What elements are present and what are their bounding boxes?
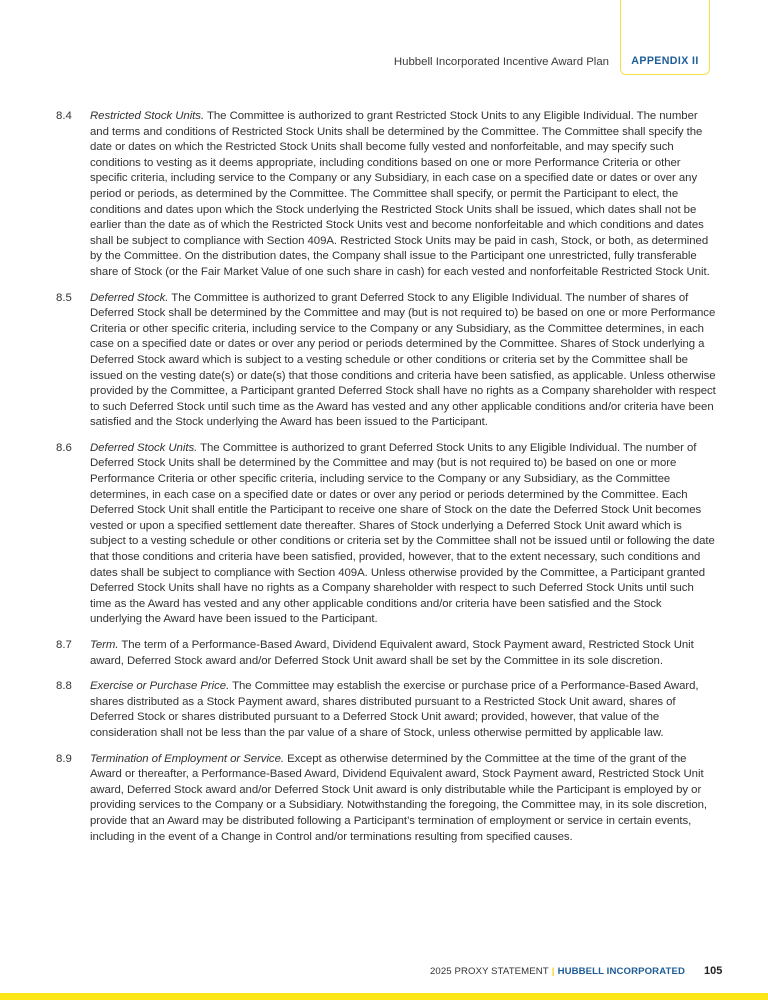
page-footer: 2025 PROXY STATEMENT|HUBBELL INCORPORATE… <box>0 962 768 982</box>
section-paragraph: Deferred Stock Units. The Committee is a… <box>90 441 716 628</box>
section-8-9: 8.9 Termination of Employment or Service… <box>56 752 716 846</box>
section-8-5: 8.5 Deferred Stock. The Committee is aut… <box>56 291 716 431</box>
section-title: Restricted Stock Units. <box>90 110 204 122</box>
section-paragraph: Term. The term of a Performance-Based Aw… <box>90 638 716 669</box>
section-number: 8.5 <box>56 291 90 431</box>
section-number: 8.6 <box>56 441 90 628</box>
section-title: Deferred Stock Units. <box>90 442 197 454</box>
page-number: 105 <box>704 965 722 977</box>
document-body: 8.4 Restricted Stock Units. The Committe… <box>56 109 716 855</box>
section-8-8: 8.8 Exercise or Purchase Price. The Comm… <box>56 679 716 741</box>
section-title: Termination of Employment or Service. <box>90 753 284 765</box>
footer-document-name: 2025 PROXY STATEMENT <box>430 966 549 977</box>
section-number: 8.4 <box>56 109 90 281</box>
section-title: Deferred Stock. <box>90 292 168 304</box>
section-8-4: 8.4 Restricted Stock Units. The Committe… <box>56 109 716 281</box>
appendix-tab: APPENDIX II <box>620 0 710 75</box>
section-number: 8.8 <box>56 679 90 741</box>
footer-company-name: HUBBELL INCORPORATED <box>558 966 685 977</box>
section-number: 8.9 <box>56 752 90 846</box>
section-text: The Committee is authorized to grant Def… <box>90 442 715 626</box>
section-8-7: 8.7 Term. The term of a Performance-Base… <box>56 638 716 669</box>
section-title: Term. <box>90 639 118 651</box>
section-paragraph: Exercise or Purchase Price. The Committe… <box>90 679 716 741</box>
section-text: The Committee is authorized to grant Res… <box>90 110 710 278</box>
footer-separator: | <box>552 966 555 977</box>
section-8-6: 8.6 Deferred Stock Units. The Committee … <box>56 441 716 628</box>
section-paragraph: Deferred Stock. The Committee is authori… <box>90 291 716 431</box>
bottom-accent-bar <box>0 993 768 1000</box>
appendix-label: APPENDIX II <box>621 55 709 67</box>
footer-caption: 2025 PROXY STATEMENT|HUBBELL INCORPORATE… <box>430 966 685 977</box>
section-number: 8.7 <box>56 638 90 669</box>
section-text: Except as otherwise determined by the Co… <box>90 753 707 843</box>
section-paragraph: Restricted Stock Units. The Committee is… <box>90 109 716 281</box>
section-text: The term of a Performance-Based Award, D… <box>90 639 694 667</box>
section-title: Exercise or Purchase Price. <box>90 680 229 692</box>
running-header-title: Hubbell Incorporated Incentive Award Pla… <box>394 56 609 68</box>
section-text: The Committee is authorized to grant Def… <box>90 292 716 429</box>
section-paragraph: Termination of Employment or Service. Ex… <box>90 752 716 846</box>
